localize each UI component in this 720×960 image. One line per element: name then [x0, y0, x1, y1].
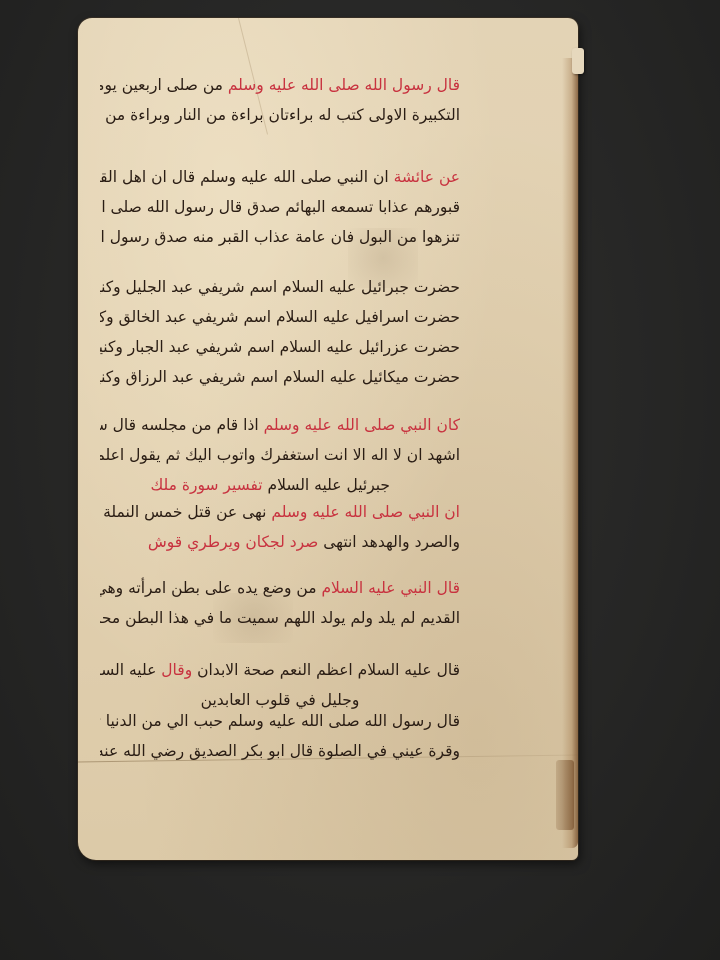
text-line: اشهد ان لا اله الا انت استغفرك واتوب الي… [100, 440, 460, 470]
hadith-section-2: عن عائشة ان النبي صلى الله عليه وسلم قال… [100, 162, 460, 252]
text-line: قال رسول الله صلى الله عليه وسلم من صلى … [100, 70, 460, 100]
rubric: كان النبي صلى الله عليه وسلم [264, 416, 460, 434]
rubric: قال النبي عليه السلام [321, 579, 460, 597]
text-line: حضرت ميكائيل عليه السلام اسم شريفي عبد ا… [100, 362, 460, 392]
hadith-section-7: قال رسول الله صلى الله عليه وسلم حبب الي… [100, 706, 460, 766]
text-line: وقرة عيني في الصلوة قال ابو بكر الصديق ر… [100, 736, 460, 766]
text-line: عن عائشة ان النبي صلى الله عليه وسلم قال… [100, 162, 460, 192]
hadith-section-5: قال النبي عليه السلام من وضع يده على بطن… [100, 573, 460, 633]
text-line: قال رسول الله صلى الله عليه وسلم حبب الي… [100, 706, 460, 736]
rubric: وقال [161, 661, 192, 679]
text-line: قبورهم عذابا تسمعه البهائم صدق قال رسول … [100, 192, 460, 222]
archangels-section: حضرت جبرائيل عليه السلام اسم شريفي عبد ا… [100, 272, 460, 392]
text-line: قال عليه السلام اعظم النعم صحة الابدان و… [100, 655, 460, 685]
rubric: قال رسول الله صلى الله عليه وسلم [228, 76, 460, 94]
text-line: ان النبي صلى الله عليه وسلم نهى عن قتل خ… [100, 497, 460, 527]
text-line: تنزهوا من البول فان عامة عذاب القبر منه … [100, 222, 460, 252]
text-line: قال النبي عليه السلام من وضع يده على بطن… [100, 573, 460, 603]
rubric: تفسير سورة ملك [150, 476, 262, 494]
rubric: عن عائشة [394, 168, 460, 186]
text-line: جبرئيل عليه السلام تفسير سورة ملك [100, 470, 460, 500]
text-line: حضرت عزرائيل عليه السلام اسم شريفي عبد ا… [100, 332, 460, 362]
text-line: القديم لم يلد ولم يولد اللهم سميت ما في … [100, 603, 460, 633]
text-line: حضرت اسرافيل عليه السلام اسم شريفي عبد ا… [100, 302, 460, 332]
rubric: صرد لجكان ويرطري قوش [148, 533, 319, 551]
hadith-section-3: كان النبي صلى الله عليه وسلم اذا قام من … [100, 410, 460, 500]
rubric: ان النبي صلى الله عليه وسلم [271, 503, 460, 521]
hadith-section-4: ان النبي صلى الله عليه وسلم نهى عن قتل خ… [100, 497, 460, 557]
text-line: كان النبي صلى الله عليه وسلم اذا قام من … [100, 410, 460, 440]
hadith-section-1: قال رسول الله صلى الله عليه وسلم من صلى … [100, 70, 460, 130]
text-line: حضرت جبرائيل عليه السلام اسم شريفي عبد ا… [100, 272, 460, 302]
paper-tab [572, 48, 584, 74]
text-line: والصرد والهدهد انتهى صرد لجكان ويرطري قو… [100, 527, 460, 557]
edge-damage-right [562, 58, 578, 848]
edge-damage-bottom [556, 760, 574, 830]
text-line: التكبيرة الاولى كتب له براءتان براءة من … [100, 100, 460, 130]
